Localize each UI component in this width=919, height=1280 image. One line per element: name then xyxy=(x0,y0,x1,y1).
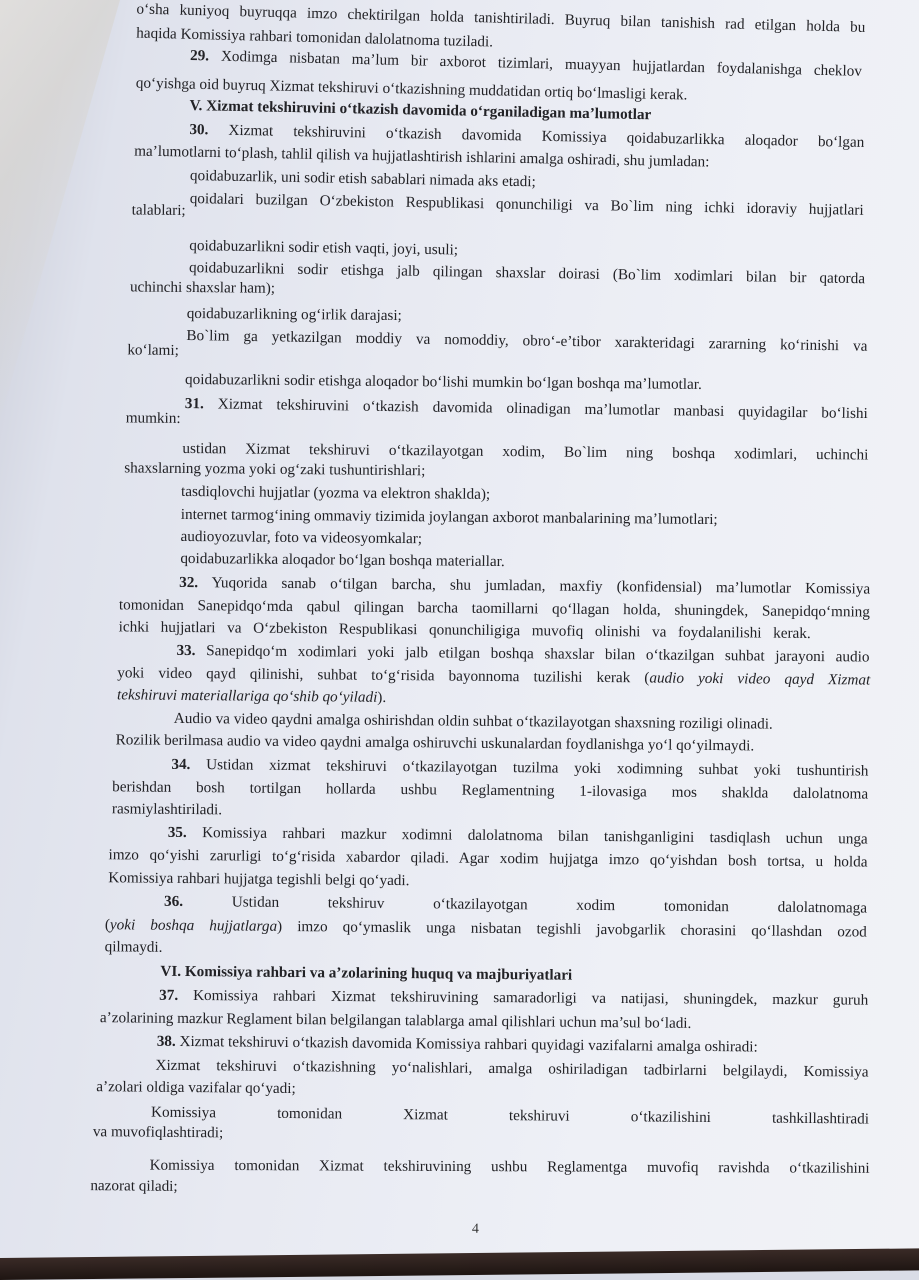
paragraph-number: 30. xyxy=(189,121,208,138)
text-line: talablari; xyxy=(132,201,186,220)
italic-text: audio yoki video qayd Xizmat xyxy=(649,669,870,688)
text-span: Xodimga nisbatan ma’lum bir axborot tizi… xyxy=(209,47,862,79)
text-span: Yuqorida sanab o‘tilgan barcha, shu juml… xyxy=(198,574,870,597)
text-span: ). xyxy=(377,689,386,706)
text-span: Xizmat tekshiruvini o‘tkazish davomida o… xyxy=(204,395,868,422)
text-line: shaxslarning yozma yoki og‘zaki tushunti… xyxy=(124,459,425,480)
text-line: tekshiruvi materiallariga qo‘shib qo‘yil… xyxy=(117,686,386,707)
document-text: o‘sha kuniyoq buyruqqa imzo chektirilgan… xyxy=(0,0,919,1266)
text-span: ) imzo qo‘ymaslik unga nisbatan tegishli… xyxy=(277,918,867,941)
text-line: qilmaydi. xyxy=(105,938,163,957)
text-line: rasmiylashtiriladi. xyxy=(112,800,222,819)
text-line: qoidabuzarlikni sodir etish vaqti, joyi,… xyxy=(189,237,458,259)
italic-text: yoki boshqa hujjatlarga xyxy=(110,916,277,935)
text-line: tasdiqlovchi hujjatlar (yozma va elektro… xyxy=(181,483,490,504)
text-line: qoidabuzarlik, uni sodir etish sabablari… xyxy=(190,167,536,191)
text-line: Komissiya rahbari hujjatga tegishli belg… xyxy=(108,869,409,890)
paragraph-number: 36. xyxy=(164,893,183,910)
paragraph-number: 29. xyxy=(190,47,209,64)
paragraph-35-line: 35. Komissiya rahbari mazkur xodimni dal… xyxy=(168,824,868,849)
text-line: qoidabuzarlikni sodir etishga aloqador b… xyxy=(185,371,702,394)
text-line: a’zolari oldiga vazifalar qo‘yadi; xyxy=(96,1078,296,1098)
text-line: yoki video qayd qilinishi, suhbat to‘g‘r… xyxy=(117,664,870,689)
text-line: Xizmat tekshiruvi o‘tkazishning yo‘nalis… xyxy=(155,1057,868,1082)
text-span: Sanepidqo‘m xodimlari yoki jalb etilgan … xyxy=(195,642,869,665)
paragraph-36-line: 36. Ustidan tekshiruv o‘tkazilayotgan xo… xyxy=(164,893,867,918)
text-line: tomonidan Sanepidqo‘mda qabul qilingan b… xyxy=(119,596,870,621)
text-line: berishdan bosh tortilgan hollarda ushbu … xyxy=(112,778,868,803)
paragraph-number: 37. xyxy=(159,987,178,1004)
text-span: yoki video qayd qilinishi, suhbat to‘g‘r… xyxy=(117,664,649,686)
paragraph-29-line: 29. Xodimga nisbatan ma’lum bir axborot … xyxy=(190,47,862,81)
text-line: a’zolarining mazkur Reglament bilan belg… xyxy=(100,1009,692,1033)
text-line: Rozilik berilmasa audio va video qaydni … xyxy=(116,731,755,755)
paragraph-33-line: 33. Sanepidqo‘m xodimlari yoki jalb etil… xyxy=(176,642,869,667)
paragraph-31-line: 31. Xizmat tekshiruvini o‘tkazish davomi… xyxy=(185,395,868,423)
text-line: Komissiya tomonidan Xizmat tekshiruvi o‘… xyxy=(151,1104,869,1129)
paragraph-number: 35. xyxy=(168,824,187,841)
text-line: uchinchi shaxslar ham); xyxy=(130,278,275,297)
italic-text: tekshiruvi materiallariga qo‘shib qo‘yil… xyxy=(117,686,377,705)
text-span: Ustidan xizmat tekshiruvi o‘tkazilayotga… xyxy=(190,756,868,780)
text-span: Komissiya rahbari mazkur xodimni dalolat… xyxy=(187,824,868,848)
text-line: qoidabuzarlikni sodir etishga jalb qilin… xyxy=(189,259,865,288)
paragraph-32-line: 32. Yuqorida sanab o‘tilgan barcha, shu … xyxy=(179,574,870,599)
text-line: va muvofiqlashtiradi; xyxy=(93,1123,224,1142)
text-line: qoidabuzarlikning og‘irlik darajasi; xyxy=(187,305,402,325)
text-line: (yoki boshqa hujjatlarga) imzo qo‘ymasli… xyxy=(105,916,867,941)
paragraph-38-line: 38. Xizmat tekshiruvi o‘tkazish davomida… xyxy=(157,1033,758,1057)
text-line: qoidalari buzilgan O‘zbekiston Respublik… xyxy=(190,190,864,220)
text-line: audioyozuvlar, foto va videosyomkalar; xyxy=(181,528,423,548)
paragraph-34-line: 34. Ustidan xizmat tekshiruvi o‘tkazilay… xyxy=(171,756,868,781)
paragraph-number: 32. xyxy=(179,574,198,591)
paragraph-number: 34. xyxy=(171,756,190,773)
paragraph-number: 38. xyxy=(157,1033,176,1050)
text-line: qoidabuzarlikka aloqador bo‘lgan boshqa … xyxy=(180,550,504,571)
paragraph-number: 31. xyxy=(185,395,204,412)
text-line: Komissiya tomonidan Xizmat tekshiruvinin… xyxy=(150,1157,870,1178)
page-number: 4 xyxy=(472,1222,479,1238)
text-span: Xizmat tekshiruvi o‘tkazish davomida Kom… xyxy=(176,1033,758,1056)
text-line: ko‘lami; xyxy=(127,341,179,359)
text-line: internet tarmog‘ining ommaviy tizimida j… xyxy=(181,506,718,529)
text-line: ichki hujjatlari va O‘zbekiston Respubli… xyxy=(119,618,811,643)
text-span: Komissiya rahbari Xizmat tekshiruvining … xyxy=(178,987,868,1009)
text-line: mumkin: xyxy=(126,409,181,428)
section-heading-vi: VI. Komissiya rahbari va a’zolarining hu… xyxy=(160,963,572,985)
text-line: nazorat qiladi; xyxy=(90,1177,177,1196)
text-line: imzo qo‘yishi zarurligi to‘g‘risida xaba… xyxy=(108,846,867,871)
paragraph-37-line: 37. Komissiya rahbari Xizmat tekshiruvin… xyxy=(159,987,868,1010)
text-span: Ustidan tekshiruv o‘tkazilayotgan xodim … xyxy=(183,893,867,917)
text-line: Bo`lim ga yetkazilgan moddiy va nomoddiy… xyxy=(186,327,867,356)
paragraph-number: 33. xyxy=(176,642,195,659)
text-line: Audio va video qaydni amalga oshirishdan… xyxy=(174,710,773,734)
